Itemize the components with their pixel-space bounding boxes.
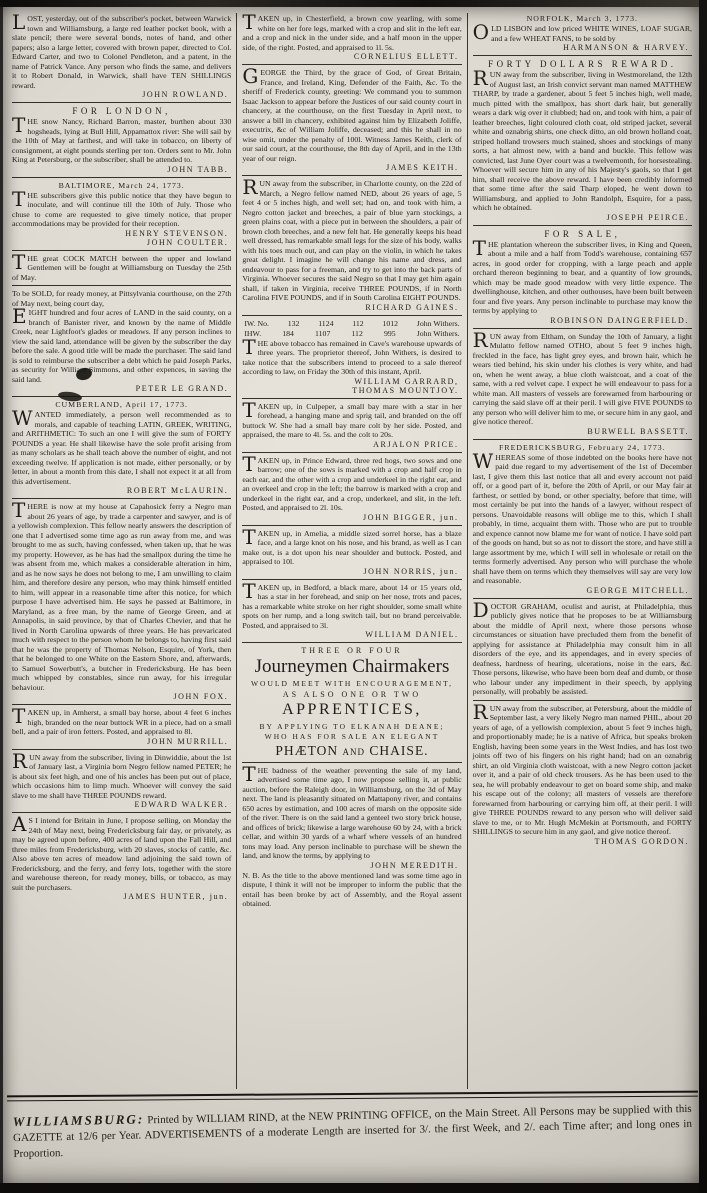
ad-signature: ROBINSON DAINGERFIELD. xyxy=(473,316,692,325)
ad-signature: JOHN BIGGER, jun. xyxy=(242,513,461,522)
colophon: WILLIAMSBURG: Printed by WILLIAM RIND, a… xyxy=(7,1093,698,1155)
ad-postscript: N. B. As the title to the above mentione… xyxy=(242,871,461,909)
ad-separator-rule xyxy=(473,598,692,599)
tobacco-table-cell: 995 xyxy=(384,329,396,339)
ad-paragraph: TAKEN up, in Chesterfield, a brown cow y… xyxy=(242,14,461,52)
tobacco-table-cell: 184 xyxy=(282,329,294,339)
ad-signature: CORNELIUS ELLETT. xyxy=(242,52,461,61)
ad-paragraph: WANTED immediately, a person well recomm… xyxy=(12,410,231,486)
ad-separator-rule xyxy=(12,749,231,750)
ad-separator-rule xyxy=(242,642,461,643)
scan-edge-top xyxy=(0,0,707,7)
ad-separator-rule xyxy=(242,64,461,65)
colophon-text: WILLIAMSBURG: Printed by WILLIAM RIND, a… xyxy=(13,1099,693,1162)
tobacco-table-cell: 132 xyxy=(288,319,300,329)
ad-paragraph: AS I intend for Britain in June, I propo… xyxy=(12,816,231,892)
ad-paragraph: TAKEN up, in Culpeper, a small bay mare … xyxy=(242,402,461,440)
ad-signature: ARJALON PRICE. xyxy=(242,440,461,449)
ad-paragraph: RUN away from Eltham, on Sunday the 10th… xyxy=(473,332,692,427)
tobacco-table-cell: 112 xyxy=(351,329,362,339)
tobacco-table-cell: IHW. xyxy=(244,329,261,339)
tobacco-table-cell: 1124 xyxy=(318,319,333,329)
tobacco-table-cell: John Withers. xyxy=(417,329,460,339)
ad-signature: JOHN TABB. xyxy=(12,165,231,174)
ad-signature: JOHN NORRIS, jun. xyxy=(242,567,461,576)
ad-separator-rule xyxy=(242,175,461,176)
ad-paragraph: THE subscribers give this public notice … xyxy=(12,191,231,229)
ad-separator-rule xyxy=(242,525,461,526)
ad-separator-rule xyxy=(12,396,231,397)
ad-withers-tobacco-sale: IW. No.13211241121012John Withers.IHW.18… xyxy=(242,319,461,395)
ad-signature: JOHN COULTER. xyxy=(12,238,231,247)
ad-signature: GEORGE MITCHELL. xyxy=(473,586,692,595)
ad-runaway-ned: RUN away from the subscriber, in Charlot… xyxy=(242,179,461,312)
ad-hunter-land-sale: AS I intend for Britain in June, I propo… xyxy=(12,816,231,901)
ad-runaway-peter: RUN away from the subscriber, living in … xyxy=(12,753,231,810)
ad-signature: THOMAS GORDON. xyxy=(473,837,692,846)
ad-separator-rule xyxy=(12,285,231,286)
ad-separator-rule xyxy=(12,102,231,103)
ad-signature: BURWELL BASSETT. xyxy=(473,427,692,436)
display-line: Journeymen Chairmakers xyxy=(242,657,461,678)
ad-paragraph: RUN away from the subscriber, at Petersb… xyxy=(473,704,692,837)
ad-signature: JOSEPH PEIRCE. xyxy=(473,213,692,222)
ad-taken-up-culpeper: TAKEN up, in Culpeper, a small bay mare … xyxy=(242,402,461,449)
ad-meredith-land-sale: THE badness of the weather preventing th… xyxy=(242,766,461,909)
display-line: THREE OR FOUR xyxy=(242,646,461,655)
ad-signature: EDWARD WALKER. xyxy=(12,800,231,809)
ad-separator-rule xyxy=(12,177,231,178)
ad-signature: HARMANSON & HARVEY. xyxy=(473,43,692,52)
ad-paragraph: To be SOLD, for ready money, at Pittsylv… xyxy=(12,289,231,308)
ad-signature: THOMAS MOUNTJOY. xyxy=(242,386,461,395)
display-line: BY APPLYING TO ELKANAH DEANE; xyxy=(242,722,461,731)
ad-signature: PETER LE GRAND. xyxy=(12,384,231,393)
ad-runaway-tharp: FORTY DOLLARS REWARD.RUN away from the s… xyxy=(473,59,692,222)
ad-signature: JOHN MURRILL. xyxy=(12,737,231,746)
ad-taken-up-amelia: TAKEN up, in Amelia, a middle sized sorr… xyxy=(242,529,461,576)
ad-paragraph: GEORGE the Third, by the grace of God, o… xyxy=(242,68,461,163)
ad-signature: WILLIAM DANIEL. xyxy=(242,630,461,639)
tobacco-table-cell: 1012 xyxy=(382,319,398,329)
ad-separator-rule xyxy=(473,439,692,440)
ad-inoculation-notice: BALTIMORE, March 24, 1773.THE subscriber… xyxy=(12,181,231,247)
ad-paragraph: LOST, yesterday, out of the subscriber's… xyxy=(12,14,231,90)
ad-paragraph: THERE is now at my house at Capahosick f… xyxy=(12,502,231,692)
ad-daingerfield-plantation: FOR SALE,THE plantation whereon the subs… xyxy=(473,229,692,325)
ad-paragraph: EIGHT hundred and four acres of LAND in … xyxy=(12,308,231,384)
ad-signature: WILLIAM GARRARD, xyxy=(242,377,461,386)
tobacco-table-cell: 112 xyxy=(352,319,363,329)
colophon-lead: WILLIAMSBURG: xyxy=(13,1111,145,1129)
display-line: WOULD MEET WITH ENCOURAGEMENT, xyxy=(242,679,461,688)
ad-paragraph: TAKEN up, in Prince Edward, three red ho… xyxy=(242,456,461,513)
ad-signature: HENRY STEVENSON. xyxy=(12,229,231,238)
ad-separator-rule xyxy=(473,700,692,701)
ad-dateline: NORFOLK, March 3, 1773. xyxy=(473,14,692,23)
tobacco-table-row: IW. No.13211241121012John Withers. xyxy=(242,319,461,329)
display-line: APPRENTICES, xyxy=(242,701,461,719)
tobacco-table-cell: 1107 xyxy=(315,329,330,339)
ad-separator-rule xyxy=(12,250,231,251)
ad-signature: JOHN MEREDITH. xyxy=(242,861,461,870)
ad-paragraph: RUN away from the subscriber, living in … xyxy=(473,70,692,213)
ad-mitchell-accounts-notice: FREDERICKSBURG, February 24, 1773.WHEREA… xyxy=(473,443,692,595)
ad-paragraph: DOCTOR GRAHAM, oculist and aurist, at Ph… xyxy=(473,602,692,697)
tobacco-table-row: IHW.1841107112995John Withers. xyxy=(242,329,461,339)
display-line: WHO HAS FOR SALE AN ELEGANT xyxy=(242,732,461,741)
ad-paragraph: RUN away from the subscriber, in Charlot… xyxy=(242,179,461,303)
ad-signature: ROBERT McLAURIN. xyxy=(12,486,231,495)
ad-signature: JOHN ROWLAND. xyxy=(12,90,231,99)
ad-signature: RICHARD GAINES. xyxy=(242,303,461,312)
ad-paragraph: WHEREAS some of those indebted on the bo… xyxy=(473,453,692,586)
ad-heading: FORTY DOLLARS REWARD. xyxy=(473,59,692,69)
ad-taken-up-prince-edward: TAKEN up, in Prince Edward, three red ho… xyxy=(242,456,461,522)
ad-signature: JAMES HUNTER, jun. xyxy=(12,892,231,901)
ad-signature: JOHN FOX. xyxy=(12,692,231,701)
ad-separator-rule xyxy=(12,498,231,499)
ad-taken-up-chesterfield: TAKEN up, in Chesterfield, a brown cow y… xyxy=(242,14,461,61)
ad-doctor-graham: DOCTOR GRAHAM, oculist and aurist, at Ph… xyxy=(473,602,692,697)
ad-capahosick-ferry-notice: THERE is now at my house at Capahosick f… xyxy=(12,502,231,701)
ad-separator-rule xyxy=(242,762,461,763)
ad-dateline: CUMBERLAND, April 17, 1773. xyxy=(12,400,231,409)
ad-separator-rule xyxy=(242,452,461,453)
ad-runaway-phil: RUN away from the subscriber, at Petersb… xyxy=(473,704,692,846)
ad-paragraph: OLD LISBON and low priced WHITE WINES, L… xyxy=(473,24,692,43)
ad-for-london-snow-nancy: FOR LONDON,THE snow Nancy, Richard Barro… xyxy=(12,106,231,174)
scan-edge-left xyxy=(0,0,3,1193)
ad-separator-rule xyxy=(242,398,461,399)
ad-separator-rule xyxy=(242,579,461,580)
ad-paragraph: THE great COCK MATCH between the upper a… xyxy=(12,254,231,283)
columns-area: LOST, yesterday, out of the subscriber's… xyxy=(7,13,697,1089)
ad-signature: JAMES KEITH. xyxy=(242,163,461,172)
ad-paragraph: THE above tobacco has remained in Cave's… xyxy=(242,339,461,377)
ad-chancery-summons: GEORGE the Third, by the grace of God, o… xyxy=(242,68,461,172)
ad-separator-rule xyxy=(473,225,692,226)
display-line: AS ALSO ONE OR TWO xyxy=(242,690,461,699)
ad-chairmakers-apprentices: THREE OR FOURJourneymen ChairmakersWOULD… xyxy=(242,646,461,758)
ad-taken-up-bedford: TAKEN up, in Bedford, a black mare, abou… xyxy=(242,583,461,640)
ad-cock-match: THE great COCK MATCH between the upper a… xyxy=(12,254,231,283)
ad-paragraph: THE badness of the weather preventing th… xyxy=(242,766,461,861)
ad-paragraph: TAKEN up, in Amelia, a middle sized sorr… xyxy=(242,529,461,567)
ad-paragraph: THE snow Nancy, Richard Barron, master, … xyxy=(12,117,231,165)
ad-tutor-wanted: CUMBERLAND, April 17, 1773.WANTED immedi… xyxy=(12,400,231,495)
ad-paragraph: RUN away from the subscriber, living in … xyxy=(12,753,231,801)
column-3: NORFOLK, March 3, 1773.OLD LISBON and lo… xyxy=(467,13,697,1089)
ad-heading: FOR LONDON, xyxy=(12,106,231,116)
colophon-double-rule xyxy=(7,1091,698,1102)
column-1: LOST, yesterday, out of the subscriber's… xyxy=(7,13,236,1089)
column-2: TAKEN up, in Chesterfield, a brown cow y… xyxy=(236,13,466,1089)
tobacco-table-cell: IW. No. xyxy=(244,319,269,329)
ad-lost-pocketbook: LOST, yesterday, out of the subscriber's… xyxy=(12,14,231,99)
ad-taken-up-amherst: TAKEN up, in Amherst, a small bay horse,… xyxy=(12,708,231,746)
ad-separator-rule xyxy=(12,812,231,813)
ad-dateline: BALTIMORE, March 24, 1773. xyxy=(12,181,231,190)
ad-paragraph: THE plantation whereon the subscriber li… xyxy=(473,240,692,316)
ad-separator-rule xyxy=(473,55,692,56)
scan-edge-right xyxy=(699,0,707,1193)
scan-edge-bottom xyxy=(0,1183,707,1193)
ad-separator-rule xyxy=(473,328,692,329)
ad-heading: FOR SALE, xyxy=(473,229,692,239)
ad-dateline: FREDERICKSBURG, February 24, 1773. xyxy=(473,443,692,452)
ad-harmanson-harvey-wines: NORFOLK, March 3, 1773.OLD LISBON and lo… xyxy=(473,14,692,52)
ad-separator-rule xyxy=(12,704,231,705)
ad-paragraph: TAKEN up, in Amherst, a small bay horse,… xyxy=(12,708,231,737)
tobacco-table-cell: John Withers. xyxy=(417,319,460,329)
ad-runaway-otho: RUN away from Eltham, on Sunday the 10th… xyxy=(473,332,692,436)
ad-pittsylvania-land-sale: To be SOLD, for ready money, at Pittsylv… xyxy=(12,289,231,393)
ad-separator-rule xyxy=(242,315,461,316)
display-line: PHÆTON and CHAISE. xyxy=(242,743,461,759)
newspaper-page: LOST, yesterday, out of the subscriber's… xyxy=(0,0,707,1193)
ad-paragraph: TAKEN up, in Bedford, a black mare, abou… xyxy=(242,583,461,631)
